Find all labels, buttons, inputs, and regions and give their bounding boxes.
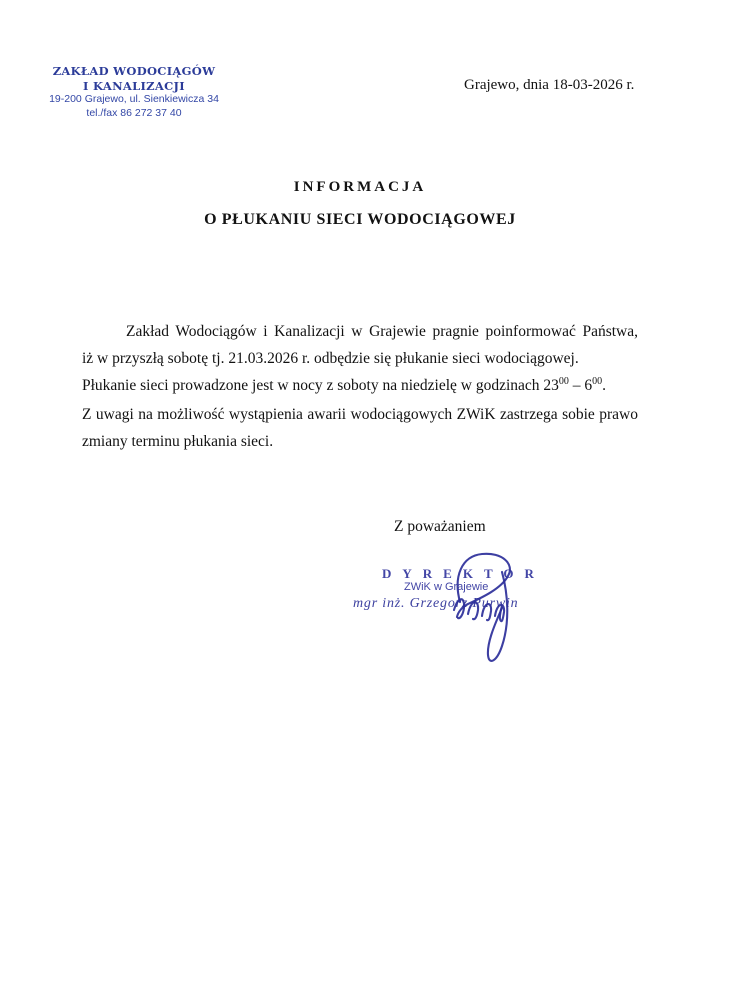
body-line-3-dash: – 6 [569, 377, 592, 394]
signature-block: DYREKTOR ZWiK w Grajewie mgr inż. Grzego… [340, 538, 610, 683]
body-line-5: zmiany terminu płukania sieci. [82, 428, 638, 455]
org-address: 19-200 Grajewo, ul. Sienkiewicza 34 [48, 93, 220, 107]
org-phone: tel./fax 86 272 37 40 [48, 107, 220, 121]
letterhead: ZAKŁAD WODOCIĄGÓW I KANALIZACJI 19-200 G… [48, 64, 220, 120]
superscript-hour-start: 00 [559, 376, 569, 387]
body-line-3-text: Płukanie sieci prowadzone jest w nocy z … [82, 377, 559, 394]
date-line: Grajewo, dnia 18-03-2026 r. [464, 77, 634, 94]
superscript-hour-end: 00 [592, 376, 602, 387]
body-line-3-period: . [602, 377, 606, 394]
body-line-4: Z uwagi na możliwość wystąpienia awarii … [82, 401, 638, 428]
org-name-line2: I KANALIZACJI [48, 79, 220, 94]
handwritten-signature [418, 542, 553, 672]
body-line-1: Zakład Wodociągów i Kanalizacji w Grajew… [82, 318, 638, 345]
document-subtitle: O PŁUKANIU SIECI WODOCIĄGOWEJ [82, 211, 638, 229]
body-line-3: Płukanie sieci prowadzone jest w nocy z … [82, 372, 638, 401]
document-title: INFORMACJA [82, 179, 638, 196]
letter-page: ZAKŁAD WODOCIĄGÓW I KANALIZACJI 19-200 G… [0, 0, 730, 1004]
org-name-line1: ZAKŁAD WODOCIĄGÓW [48, 64, 220, 79]
body-line-2: iż w przyszłą sobotę tj. 21.03.2026 r. o… [82, 345, 638, 372]
letter-body: Zakład Wodociągów i Kanalizacji w Grajew… [82, 318, 638, 455]
valediction: Z poważaniem [394, 518, 486, 536]
